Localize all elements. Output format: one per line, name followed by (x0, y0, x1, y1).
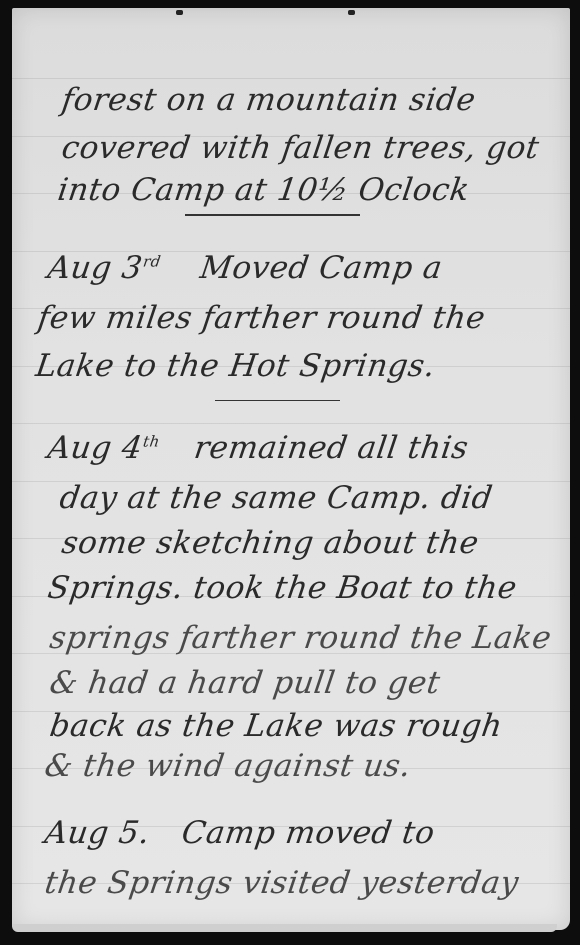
underline-stroke (185, 214, 360, 216)
journal-line: some sketching about the (59, 525, 481, 561)
journal-line: Springs. took the Boat to the (45, 570, 519, 606)
journal-line: forest on a mountain side (59, 82, 478, 118)
page-bottom-edge (12, 924, 557, 932)
entry-divider (215, 400, 340, 401)
journal-line: into Camp at 10½ Oclock (55, 172, 471, 208)
journal-line: back as the Lake was rough (47, 708, 504, 744)
journal-line: covered with fallen trees, got (59, 130, 541, 166)
journal-line: springs farther round the Lake (47, 620, 553, 656)
journal-line: Lake to the Hot Springs. (33, 348, 437, 384)
binding-hole (348, 10, 355, 15)
journal-line: & the wind against us. (42, 748, 413, 784)
binding-hole (176, 10, 183, 15)
journal-line: & had a hard pull to get (47, 665, 442, 701)
entry-date-aug-3: Aug 3rd Moved Camp a (45, 250, 444, 286)
entry-date-aug-4: Aug 4th remained all this (45, 430, 470, 466)
journal-line: few miles farther round the (35, 300, 487, 336)
journal-line: the Springs visited yesterday (42, 865, 521, 901)
entry-date-aug-5: Aug 5. Camp moved to (42, 815, 437, 851)
journal-line: day at the same Camp. did (57, 480, 494, 516)
